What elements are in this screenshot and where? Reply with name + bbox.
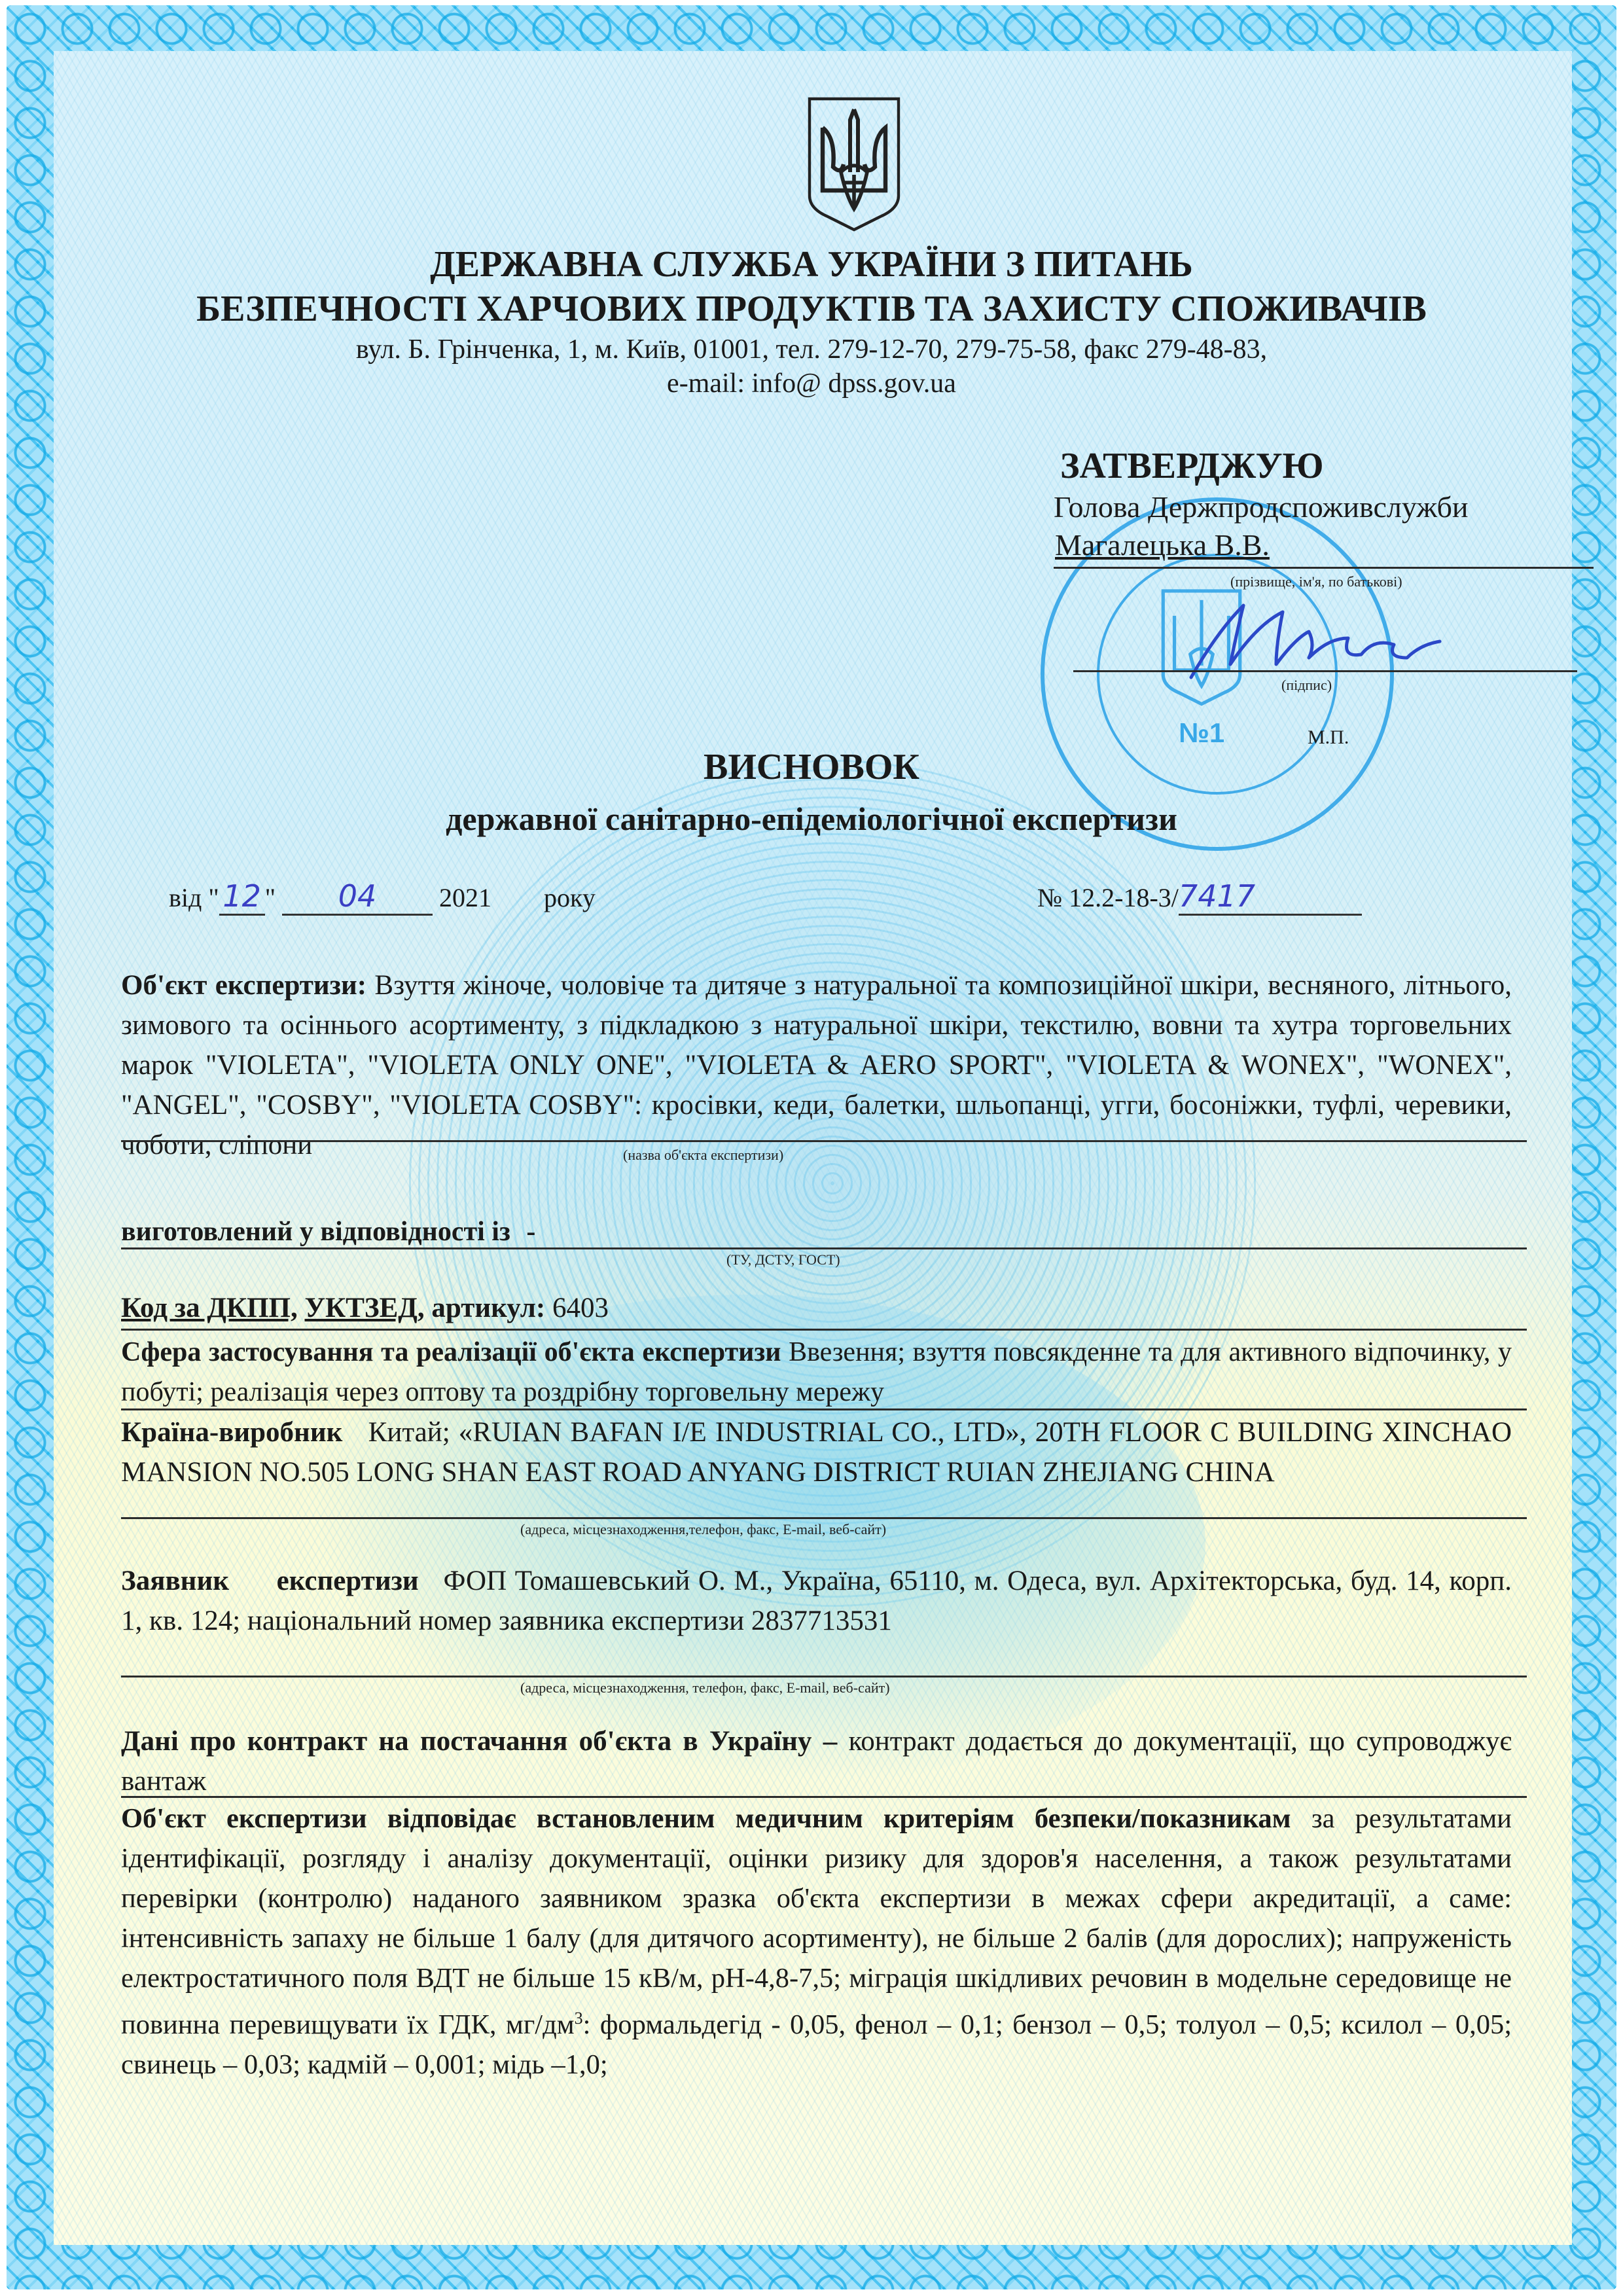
approval-title: ЗАТВЕРДЖУЮ — [1060, 445, 1324, 487]
manufactured-underline — [121, 1247, 1527, 1249]
object-label: Об'єкт експертизи: — [121, 970, 366, 1001]
manufactured-caption: (ТУ, ДСТУ, ГОСТ) — [726, 1251, 840, 1268]
document-title: ВИСНОВОК — [0, 746, 1623, 788]
name-underline — [1054, 567, 1594, 569]
contract-underline — [121, 1796, 1527, 1798]
date-field: від "12" 04 2021 року — [169, 878, 596, 916]
approver-name: Магалецька В.В. — [1055, 528, 1270, 562]
manufacturer-section: Країна-виробник Китай; «RUIAN BAFAN I/E … — [121, 1412, 1512, 1492]
manufacturer-underline — [121, 1517, 1527, 1519]
agency-name-line-1: ДЕРЖАВНА СЛУЖБА УКРАЇНИ З ПИТАНЬ — [0, 243, 1623, 285]
scope-label: Сфера застосування та реалізації об'єкта… — [121, 1337, 781, 1367]
code-label-dkpp: Код за ДКПП, — [121, 1293, 298, 1323]
agency-address: вул. Б. Грінченка, 1, м. Київ, 01001, те… — [0, 334, 1623, 365]
code-label-article: , артикул: — [418, 1293, 545, 1323]
applicant-label: Заявник експертизи — [121, 1566, 419, 1596]
code-section: Код за ДКПП, УКТЗЕД, артикул: 6403 — [121, 1288, 1512, 1328]
compliance-text: за результатами ідентифікації, розгляду … — [121, 1803, 1512, 2040]
contract-label: Дані про контракт на постачання об'єкта … — [121, 1726, 837, 1757]
code-label-uktzed: УКТЗЕД — [305, 1293, 418, 1323]
agency-email: e-mail: info@ dpss.gov.ua — [0, 368, 1623, 399]
date-prefix: від — [169, 883, 202, 912]
date-suffix: року — [544, 883, 596, 912]
seal-label: М.П. — [1308, 726, 1349, 749]
trident-coat-of-arms-icon — [802, 94, 906, 238]
compliance-label: Об'єкт експертизи відповідає встановлени… — [121, 1803, 1291, 1834]
compliance-section: Об'єкт експертизи відповідає встановлени… — [121, 1799, 1512, 2085]
object-caption: (назва об'єкта експертизи) — [623, 1147, 783, 1164]
document-number: № 12.2-18-3/7417 — [1037, 878, 1362, 916]
code-underline — [121, 1329, 1527, 1331]
applicant-section: Заявник експертизи ФОП Томашевський О. М… — [121, 1561, 1512, 1641]
manufactured-value: - — [526, 1217, 535, 1247]
code-value: 6403 — [552, 1293, 609, 1323]
number-prefix: № 12.2-18-3/ — [1037, 883, 1179, 912]
date-year: 2021 — [439, 883, 491, 912]
approver-position: Голова Держпродспоживслужби — [1054, 490, 1468, 524]
object-section: Об'єкт експертизи: Взуття жіноче, чолові… — [121, 965, 1512, 1165]
handwritten-signature — [1178, 592, 1459, 691]
number-handwritten: 7417 — [1179, 878, 1362, 916]
applicant-caption: (адреса, місцезнаходження, телефон, факс… — [520, 1679, 890, 1696]
signature-line — [1073, 670, 1577, 672]
agency-name-line-2: БЕЗПЕЧНОСТІ ХАРЧОВИХ ПРОДУКТІВ ТА ЗАХИСТ… — [0, 288, 1623, 330]
document-subtitle: державної санітарно-епідеміологічної екс… — [0, 800, 1623, 838]
scope-section: Сфера застосування та реалізації об'єкта… — [121, 1333, 1512, 1412]
manufacturer-caption: (адреса, місцезнаходження,телефон, факс,… — [520, 1521, 886, 1538]
compliance-unit-superscript: 3 — [575, 2009, 583, 2028]
contract-section: Дані про контракт на постачання об'єкта … — [121, 1721, 1512, 1801]
applicant-underline — [121, 1676, 1527, 1677]
manufacturer-label: Країна-виробник — [121, 1417, 342, 1448]
name-caption: (прізвище, ім'я, по батькові) — [1230, 573, 1402, 590]
manufactured-section: виготовлений у відповідності із - — [121, 1212, 1512, 1252]
signature-caption: (підпис) — [1281, 677, 1332, 694]
stamp-number: №1 — [1179, 717, 1224, 749]
manufactured-label: виготовлений у відповідності із — [121, 1217, 510, 1247]
date-month: 04 — [282, 878, 433, 916]
scope-underline — [121, 1408, 1527, 1410]
date-day: 12 — [219, 878, 265, 916]
object-underline — [121, 1140, 1527, 1142]
